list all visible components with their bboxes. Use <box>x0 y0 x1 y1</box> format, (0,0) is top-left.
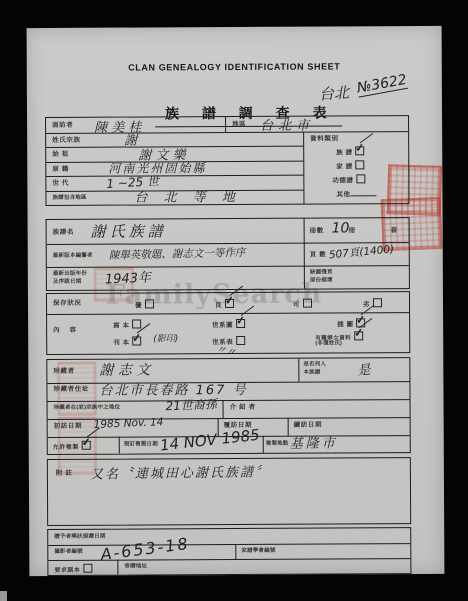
manuscript-label: 寫 本 <box>113 323 129 330</box>
grid-line <box>48 399 410 402</box>
compiler-label: 最新版本編纂者 <box>53 253 93 260</box>
introducer-label: 介 紹 者 <box>230 404 256 412</box>
damage-label-2: 部份損壞 <box>310 277 333 283</box>
generations-label: 世 代 <box>52 180 69 188</box>
origin-label: 原 籍 <box>52 165 69 173</box>
category-label: 資料類別 <box>310 135 338 143</box>
hand-serial-number: №3622 <box>356 72 408 98</box>
women-note-label: (非僅姓氏) <box>315 340 342 346</box>
category-gongdepu-label: 功德譜 <box>332 177 353 184</box>
checkbox-gongdepu-icon <box>356 174 365 183</box>
grid-line <box>298 359 300 382</box>
holder-value: 謝 志 文 <box>99 359 150 379</box>
table-volume: 族譜名 謝氏族譜 冊數 10 冊 套 最新版本編纂者 陳舉英敬題、謝志文一等作序… <box>46 217 410 291</box>
checkbox-women-icon <box>354 331 363 340</box>
checkbox-copy-request-icon <box>83 564 92 573</box>
content-option-chart: 世系圖 <box>212 319 245 329</box>
scanned-document-frame: CLAN GENEALOGY IDENTIFICATION SHEET 族 譜 … <box>0 0 468 601</box>
copy-place-value: 基隆市 <box>290 432 338 451</box>
checkbox-jiapu-icon <box>356 160 365 169</box>
photographer-label: 攝影者編號 <box>54 549 83 555</box>
volume-unit-label: 冊 <box>349 227 356 235</box>
position-value: 21世裔孫 <box>165 395 217 414</box>
society-number-label: 家譜學會編號 <box>241 548 275 554</box>
hand-tick-marks: 〃〃 <box>215 340 238 359</box>
table-notes: 附 註 又名〝連城田心謝氏族譜〞 <box>47 457 411 526</box>
publish-year-label-2: 及序跋日期 <box>53 279 82 285</box>
category-zupu-label: 族 譜 <box>336 149 352 156</box>
area-value: 台北市 <box>260 115 314 134</box>
checkbox-copy-permit-icon <box>82 441 91 450</box>
grid-line <box>263 436 264 453</box>
clan-label: 姓氏宗族 <box>52 136 80 144</box>
fair-label: 可 <box>293 302 300 309</box>
holder-label: 珍藏者 <box>53 368 74 376</box>
listed-label-1: 是否列入 <box>303 362 326 368</box>
first-visit-label: 初訪日期 <box>54 423 82 431</box>
copy-date-label: 預訂複製日期 <box>124 441 158 447</box>
grid-line <box>303 131 305 204</box>
copy-date-value: 14 NOV 1985 <box>159 426 260 455</box>
page-title-english: CLAN GENEALOGY IDENTIFICATION SHEET <box>27 61 442 73</box>
table-holder: 珍藏者 謝 志 文 是否列入 本族譜 是 珍藏者住址 台北市長春路 167 号 … <box>46 357 410 455</box>
checkbox-good-icon <box>225 299 234 308</box>
copy-permit-label: 允許複製 <box>53 445 79 451</box>
copy-request-label: 要求副本 <box>54 568 80 574</box>
category-option-jiapu: 家 譜 <box>336 160 364 170</box>
address-label: 珍藏者住址 <box>53 386 89 394</box>
genealogy-title-label: 族譜名 <box>53 229 74 237</box>
ancestor-label: 始 祖 <box>52 151 69 159</box>
regions-label: 族譜包含地區 <box>52 195 86 201</box>
notes-value: 又名〝連城田心謝氏族譜〞 <box>90 461 270 483</box>
excellent-label: 優 <box>135 302 142 309</box>
checkbox-manuscript-icon <box>132 319 141 328</box>
category-other-label: 其他 <box>336 191 350 198</box>
listed-value: 是 <box>356 359 371 379</box>
checkbox-chart-icon <box>236 319 245 328</box>
publish-year-label-1: 最新出版年份 <box>53 271 87 277</box>
copy-place-label: 複製地點 <box>266 441 289 447</box>
damage-label-1: 缺漏殘頁 <box>310 269 333 275</box>
set-unit-label: 套 <box>391 227 398 235</box>
pages-value: 507頁(1400) <box>328 241 395 262</box>
content-option-manuscript: 寫 本 <box>113 319 141 329</box>
mail-address-label: 寄贈地址 <box>124 563 147 569</box>
grid-line <box>304 219 306 289</box>
publish-year-value: 1943年 <box>105 267 152 288</box>
grid-line <box>225 117 226 132</box>
hand-city-note: 台北 <box>318 81 350 104</box>
address-value: 台北市長春路 167 号 <box>99 379 247 399</box>
interviewer-label: 面訪者 <box>52 122 73 130</box>
award-date-label: 贈予者獎狀頒贈日期 <box>54 534 105 541</box>
listed-label-2: 本族譜 <box>303 370 320 376</box>
blank-line <box>350 189 376 196</box>
area-label: 地區 <box>232 121 246 129</box>
category-option-other: 其他 <box>336 189 376 198</box>
grid-line <box>235 544 236 559</box>
notes-label: 附 註 <box>56 470 73 478</box>
category-jiapu-label: 家 譜 <box>336 163 352 170</box>
checkbox-printed-icon <box>132 336 141 345</box>
checkbox-fair-icon <box>303 299 312 308</box>
genealogy-title-value: 謝氏族譜 <box>91 220 167 241</box>
condition-option-fair: 可 <box>293 299 312 309</box>
content-option-printed: 刊 本 <box>113 336 141 346</box>
followup-label: 續訪日期 <box>294 422 322 430</box>
pages-label: 頁 數 <box>310 252 327 260</box>
printed-note-value: (影印) <box>153 331 178 344</box>
copy-permit-option: 允許複製 <box>53 441 91 451</box>
grid-line <box>119 437 120 454</box>
illustration-label: 插 圖 <box>337 321 353 328</box>
condition-option-excellent: 優 <box>135 299 154 309</box>
table-admin: 贈予者獎狀頒贈日期 攝影者編號 A-653-18 家譜學會編號 要求副本 寄贈地… <box>47 527 411 576</box>
first-visit-value: 1985 Nov. 14 <box>93 416 163 431</box>
category-option-gongdepu: 功德譜 <box>332 174 365 184</box>
condition-option-good: 良 <box>215 299 234 309</box>
genealogy-form-paper: CLAN GENEALOGY IDENTIFICATION SHEET 族 譜 … <box>27 26 445 576</box>
volume-count-value: 10 <box>332 220 350 236</box>
clan-value: 謝 <box>124 130 137 149</box>
content-label: 內 容 <box>53 327 80 335</box>
category-option-zupu: 族 譜 <box>336 146 364 156</box>
good-label: 良 <box>215 302 222 309</box>
printed-label: 刊 本 <box>113 340 129 347</box>
scan-artifact <box>0 591 7 601</box>
regions-value: 台 北 等 地 <box>134 186 241 206</box>
copy-request-option: 要求副本 <box>54 564 92 574</box>
grid-line <box>223 400 224 418</box>
checkbox-zupu-icon <box>356 146 365 155</box>
volume-count-label: 冊數 <box>310 228 324 236</box>
condition-label: 保存狀況 <box>53 300 81 308</box>
checkbox-excellent-icon <box>145 299 154 308</box>
position-label: 珍藏者在(家)宗族中之地位 <box>54 405 121 412</box>
table-survey: 面訪者 陳 美 桂 地區 台北市 姓氏宗族 謝 始 祖 謝 文 樂 原 籍 河南… <box>45 115 409 206</box>
compiler-value: 陳舉英敬題、謝志文一等作序 <box>109 245 246 263</box>
grid-line <box>47 265 409 268</box>
chart-label: 世系圖 <box>212 322 233 329</box>
